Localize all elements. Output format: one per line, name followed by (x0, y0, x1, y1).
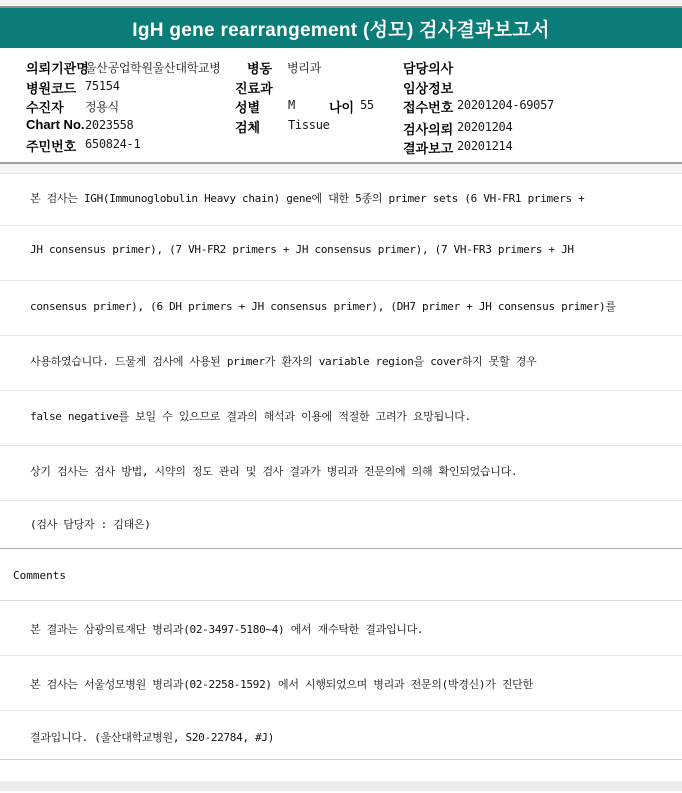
report-body: 본 검사는 IGH(Immunoglobulin Heavy chain) ge… (0, 174, 682, 760)
comment-line: 본 검사는 서울성모병원 병리과(02-2258-1592) 에서 시행되었으며… (0, 656, 682, 711)
report-text-line: consensus primer), (6 DH primers + JH co… (0, 281, 682, 336)
patient-value: 정용식 (85, 98, 119, 115)
dept-label: 진료과 (235, 78, 273, 97)
hospital-code-value: 75154 (85, 79, 120, 93)
report-text-line: JH consensus primer), (7 VH-FR2 primers … (0, 226, 682, 281)
hospital-code-label: 병원코드 (26, 78, 76, 97)
bottom-spacer (0, 760, 682, 781)
report-date-value: 20201214 (457, 139, 512, 153)
accession-label: 접수번호 (403, 97, 453, 116)
age-label: 나이 (329, 97, 354, 116)
sex-value: M (288, 98, 295, 112)
report-page: { "title": "IgH gene rearrangement (성모) … (0, 0, 682, 793)
patient-label: 수진자 (26, 97, 64, 116)
page-title: IgH gene rearrangement (성모) 검사결과보고서 (132, 15, 549, 42)
clinical-info-label: 임상정보 (403, 78, 453, 97)
order-date-label: 검사의뢰 (403, 119, 453, 138)
doctor-label: 담당의사 (403, 58, 453, 77)
report-text-line: 본 검사는 IGH(Immunoglobulin Heavy chain) ge… (0, 174, 682, 226)
comment-line: 결과입니다. (울산대학교병원, S20-22784, #J) (0, 711, 682, 760)
report-text-line: 상기 검사는 검사 방법, 시약의 정도 관리 및 검사 결과가 병리과 전문의… (0, 446, 682, 501)
rrn-value: 650824-1 (85, 137, 140, 151)
order-date-value: 20201204 (457, 120, 512, 134)
org-label: 의뢰기관명 (26, 58, 89, 77)
patient-info-header: 의뢰기관명 울산공업학원울산대학교병 병동 병리과 담당의사 병원코드 7515… (0, 48, 682, 164)
rrn-label: 주민번호 (26, 136, 76, 155)
report-text-line: 사용하였습니다. 드물게 검사에 사용된 primer가 환자의 variabl… (0, 336, 682, 391)
footer-band (0, 781, 682, 791)
sex-label: 성별 (235, 97, 260, 116)
comment-line: 본 결과는 삼광의료재단 병리과(02-3497-5180~4) 에서 재수탁한… (0, 601, 682, 656)
ward-value: 병리과 (287, 59, 321, 76)
specimen-label: 검체 (235, 117, 260, 136)
ward-label: 병동 (247, 58, 272, 77)
org-value: 울산공업학원울산대학교병 (85, 59, 221, 76)
chart-no-label: Chart No. (26, 117, 85, 132)
report-text-line: false negative를 보일 수 있으므로 결과의 해석과 이용에 적절… (0, 391, 682, 446)
header-body-divider (0, 164, 682, 174)
report-date-label: 결과보고 (403, 138, 453, 157)
age-value: 55 (360, 98, 374, 112)
report-examiner-line: (검사 담당자 : 김태은) (0, 501, 682, 549)
comments-heading: Comments (0, 549, 682, 601)
accession-value: 20201204-69057 (457, 98, 554, 112)
specimen-value: Tissue (288, 118, 330, 132)
report-title-bar: IgH gene rearrangement (성모) 검사결과보고서 (0, 6, 682, 48)
chart-no-value: 2023558 (85, 118, 133, 132)
